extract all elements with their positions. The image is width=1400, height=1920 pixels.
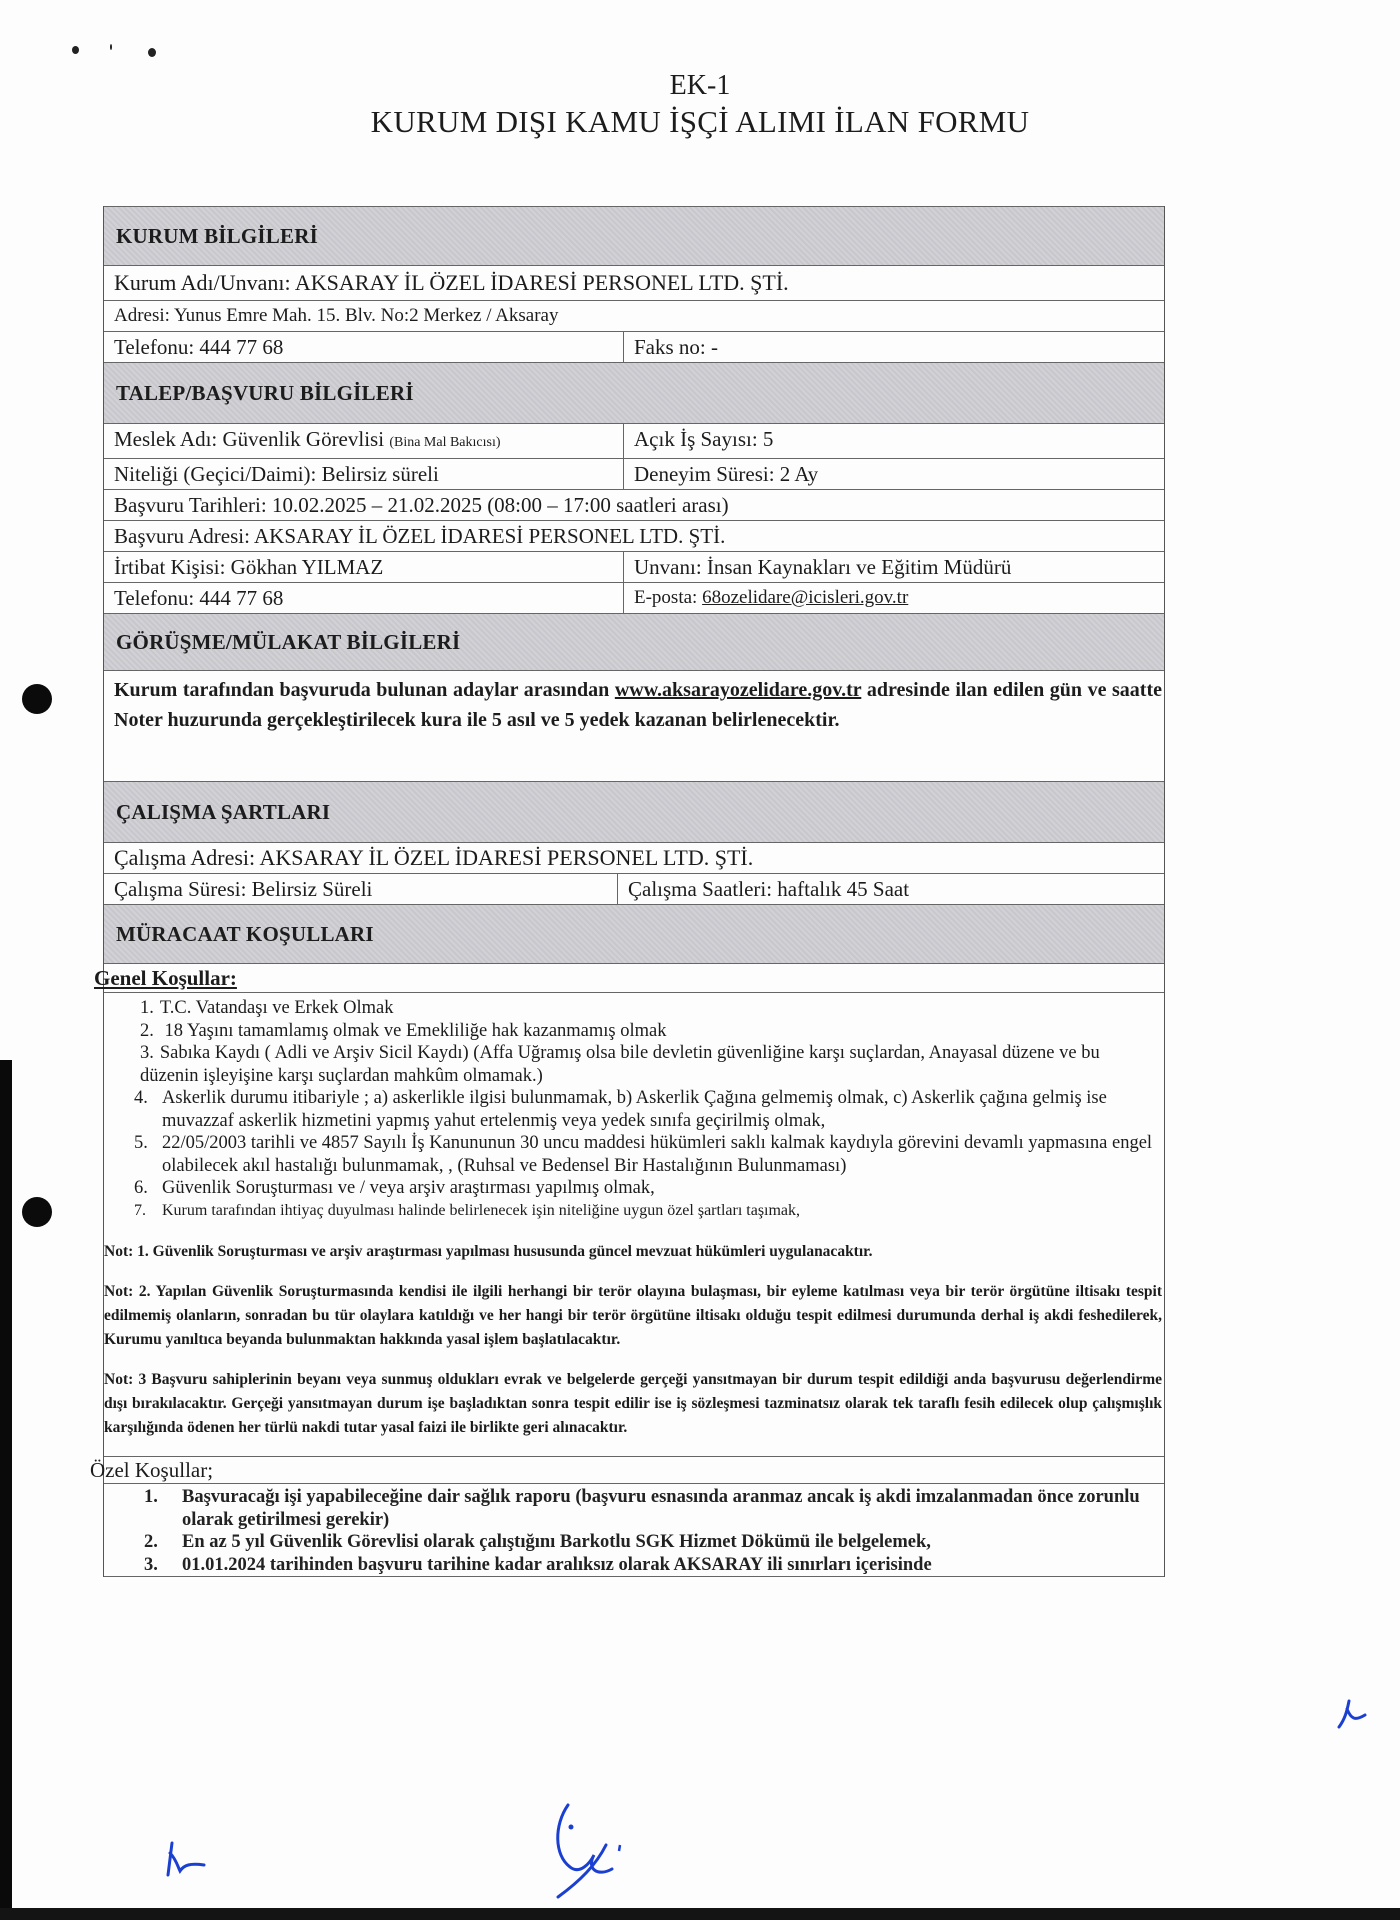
section-header-talep: TALEP/BAŞVURU BİLGİLERİ <box>104 362 1164 423</box>
item-text: Başvuracağı işi yapabileceğine dair sağl… <box>182 1486 1154 1531</box>
interview-text: Kurum tarafından başvuruda bulunan adayl… <box>104 671 1164 781</box>
list-item: 1.Başvuracağı işi yapabileceğine dair sa… <box>144 1486 1154 1531</box>
item-text: Kurum tarafından ihtiyaç duyulması halin… <box>162 1200 800 1223</box>
special-conditions-list: 1.Başvuracağı işi yapabileceğine dair sa… <box>104 1484 1164 1576</box>
speck-mark <box>110 44 112 50</box>
contact-title: Unvanı: İnsan Kaynakları ve Eğitim Müdür… <box>624 552 1164 582</box>
general-conditions-list: 1.T.C. Vatandaşı ve Erkek Olmak2. 18 Yaş… <box>104 993 1164 1222</box>
section-title: ÇALIŞMA ŞARTLARI <box>116 800 330 825</box>
row-nature: Niteliği (Geçici/Daimi): Belirsiz süreli… <box>104 458 1164 489</box>
item-text: 18 Yaşını tamamlamış olmak ve Emekliliğe… <box>160 1021 667 1041</box>
document-title-block: EK-1 KURUM DIŞI KAMU İŞÇİ ALIMI İLAN FOR… <box>0 70 1400 142</box>
section-header-calisma: ÇALIŞMA ŞARTLARI <box>104 781 1164 842</box>
punch-hole-icon <box>22 684 52 714</box>
website-link[interactable]: www.aksarayozelidare.gov.tr <box>615 679 861 701</box>
item-number: 2. <box>140 1021 154 1041</box>
note-paragraph: Not: 2. Yapılan Güvenlik Soruşturmasında… <box>104 1280 1162 1352</box>
scan-edge-left <box>0 1060 12 1920</box>
row-apply-address: Başvuru Adresi: AKSARAY İL ÖZEL İDARESİ … <box>104 520 1164 551</box>
row-institution-address: Adresi: Yunus Emre Mah. 15. Blv. No:2 Me… <box>104 300 1164 331</box>
row-work-address: Çalışma Adresi: AKSARAY İL ÖZEL İDARESİ … <box>104 842 1164 873</box>
contact-email: E-posta: 68ozelidare@icisleri.gov.tr <box>624 583 1164 613</box>
list-item: 4.Askerlik durumu itibariyle ; a) askerl… <box>134 1087 1154 1132</box>
document-title: KURUM DIŞI KAMU İŞÇİ ALIMI İLAN FORMU <box>0 102 1400 142</box>
item-text: T.C. Vatandaşı ve Erkek Olmak <box>160 998 394 1018</box>
list-item: 3.01.01.2024 tarihinden başvuru tarihine… <box>144 1554 1154 1577</box>
item-text: Güvenlik Soruşturması ve / veya arşiv ar… <box>162 1177 655 1200</box>
occupation: Meslek Adı: Güvenlik Görevlisi (Bina Mal… <box>104 424 624 458</box>
contact-person: İrtibat Kişisi: Gökhan YILMAZ <box>104 552 624 582</box>
list-item: 2.En az 5 yıl Güvenlik Görevlisi olarak … <box>144 1531 1154 1554</box>
section-header-muracaat: MÜRACAAT KOŞULLARI <box>104 904 1164 963</box>
punch-hole-icon <box>22 1197 52 1227</box>
interview-text-start: Kurum tarafından başvuruda bulunan adayl… <box>114 679 615 701</box>
section-title: KURUM BİLGİLERİ <box>116 224 318 249</box>
initials-signature-icon <box>150 1835 220 1885</box>
work-duration: Çalışma Süresi: Belirsiz Süreli <box>104 874 618 904</box>
row-contact-phone: Telefonu: 444 77 68 E-posta: 68ozelidare… <box>104 582 1164 613</box>
list-item: 2. 18 Yaşını tamamlamış olmak ve Emeklil… <box>140 1020 1154 1043</box>
list-item: 7.Kurum tarafından ihtiyaç duyulması hal… <box>134 1200 1154 1223</box>
item-text: 22/05/2003 tarihli ve 4857 Sayılı İş Kan… <box>162 1132 1154 1177</box>
item-number: 7. <box>134 1200 162 1223</box>
work-hours: Çalışma Saatleri: haftalık 45 Saat <box>618 874 1164 904</box>
scan-edge-bottom <box>0 1908 1400 1920</box>
occupation-name: Meslek Adı: Güvenlik Görevlisi <box>114 427 384 451</box>
item-text: 01.01.2024 tarihinden başvuru tarihine k… <box>182 1554 932 1577</box>
institution-phone: Telefonu: 444 77 68 <box>104 332 624 362</box>
note-paragraph: Not: 3 Başvuru sahiplerinin beyanı veya … <box>104 1368 1162 1440</box>
occupation-note: (Bina Mal Bakıcısı) <box>389 435 500 450</box>
row-genel-header: Genel Koşullar: <box>104 963 1164 992</box>
item-number: 2. <box>144 1531 182 1554</box>
list-item: 3.Sabıka Kaydı ( Adli ve Arşiv Sicil Kay… <box>140 1042 1154 1087</box>
list-item: 1.T.C. Vatandaşı ve Erkek Olmak <box>140 997 1154 1020</box>
item-number: 3. <box>144 1554 182 1577</box>
open-job-count: Açık İş Sayısı: 5 <box>624 424 1164 458</box>
institution-address: Adresi: Yunus Emre Mah. 15. Blv. No:2 Me… <box>104 301 1164 331</box>
application-dates: Başvuru Tarihleri: 10.02.2025 – 21.02.20… <box>104 490 1164 520</box>
item-number: 5. <box>134 1132 162 1177</box>
probation-period: Deneyim Süresi: 2 Ay <box>624 459 1164 489</box>
item-text: Sabıka Kaydı ( Adli ve Arşiv Sicil Kaydı… <box>140 1043 1100 1086</box>
special-conditions: 1.Başvuracağı işi yapabileceğine dair sa… <box>104 1483 1164 1577</box>
institution-name: Kurum Adı/Unvanı: AKSARAY İL ÖZEL İDARES… <box>104 266 1164 300</box>
item-text: En az 5 yıl Güvenlik Görevlisi olarak ça… <box>182 1531 931 1554</box>
section-title: GÖRÜŞME/MÜLAKAT BİLGİLERİ <box>116 630 460 655</box>
item-number: 6. <box>134 1177 162 1200</box>
email-label: E-posta: <box>634 587 702 608</box>
general-conditions: 1.T.C. Vatandaşı ve Erkek Olmak2. 18 Yaş… <box>104 992 1164 1440</box>
row-contact: İrtibat Kişisi: Gökhan YILMAZ Unvanı: İn… <box>104 551 1164 582</box>
row-ozel-header: Özel Koşullar; <box>104 1456 1164 1483</box>
item-number: 3. <box>140 1043 154 1063</box>
email-link[interactable]: 68ozelidare@icisleri.gov.tr <box>702 587 908 608</box>
institution-fax: Faks no: - <box>624 332 1164 362</box>
annex-label: EK-1 <box>0 70 1400 102</box>
notes-list: Not: 1. Güvenlik Soruşturması ve arşiv a… <box>104 1222 1164 1440</box>
row-institution-name: Kurum Adı/Unvanı: AKSARAY İL ÖZEL İDARES… <box>104 265 1164 300</box>
speck-mark <box>72 46 79 54</box>
application-address: Başvuru Adresi: AKSARAY İL ÖZEL İDARESİ … <box>104 521 1164 551</box>
row-occupation: Meslek Adı: Güvenlik Görevlisi (Bina Mal… <box>104 423 1164 458</box>
work-address: Çalışma Adresi: AKSARAY İL ÖZEL İDARESİ … <box>104 843 1164 873</box>
general-conditions-title: Genel Koşullar: <box>94 964 1164 992</box>
special-conditions-title: Özel Koşullar; <box>90 1457 1164 1483</box>
list-item: 6.Güvenlik Soruşturması ve / veya arşiv … <box>134 1177 1154 1200</box>
section-title: TALEP/BAŞVURU BİLGİLERİ <box>116 381 414 406</box>
job-nature: Niteliği (Geçici/Daimi): Belirsiz süreli <box>104 459 624 489</box>
announcement-form: KURUM BİLGİLERİ Kurum Adı/Unvanı: AKSARA… <box>103 206 1165 1577</box>
row-institution-phone: Telefonu: 444 77 68 Faks no: - <box>104 331 1164 362</box>
margin-initial-icon <box>1325 1695 1375 1735</box>
row-interview-info: Kurum tarafından başvuruda bulunan adayl… <box>104 670 1164 781</box>
speck-mark <box>148 48 156 57</box>
note-paragraph: Not: 1. Güvenlik Soruşturması ve arşiv a… <box>104 1240 1162 1264</box>
contact-phone: Telefonu: 444 77 68 <box>104 583 624 613</box>
item-number: 4. <box>134 1087 162 1132</box>
signature-icon <box>540 1785 660 1905</box>
item-text: Askerlik durumu itibariyle ; a) askerlik… <box>162 1087 1154 1132</box>
section-header-gorusme: GÖRÜŞME/MÜLAKAT BİLGİLERİ <box>104 613 1164 670</box>
section-title: MÜRACAAT KOŞULLARI <box>116 922 374 947</box>
row-work-duration: Çalışma Süresi: Belirsiz Süreli Çalışma … <box>104 873 1164 904</box>
list-item: 5.22/05/2003 tarihli ve 4857 Sayılı İş K… <box>134 1132 1154 1177</box>
item-number: 1. <box>140 998 154 1018</box>
item-number: 1. <box>144 1486 182 1531</box>
row-dates: Başvuru Tarihleri: 10.02.2025 – 21.02.20… <box>104 489 1164 520</box>
section-header-kurum: KURUM BİLGİLERİ <box>104 206 1164 265</box>
